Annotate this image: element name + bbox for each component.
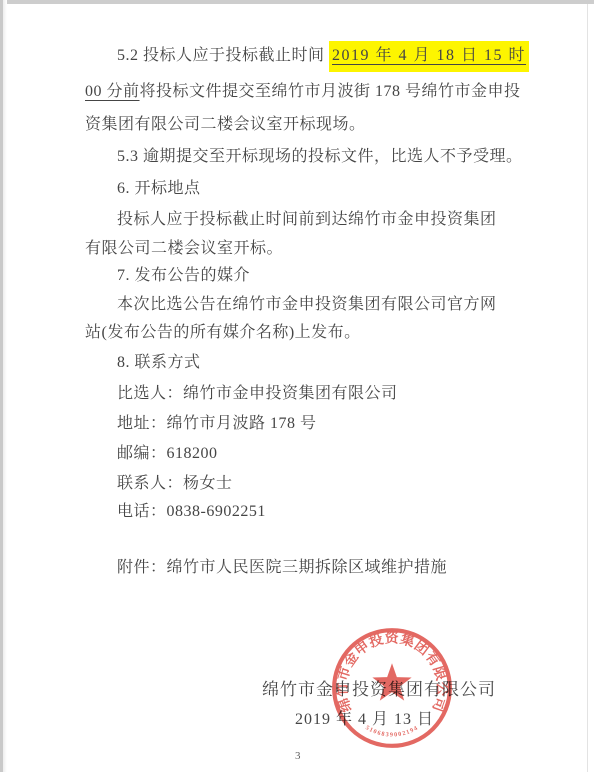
contact-phone: 电话：0838-6902251 [117, 501, 266, 523]
scan-edge-left-shadow [3, 0, 7, 772]
section-6-heading: 6. 开标地点 [117, 178, 201, 200]
attachment-line: 附件：绵竹市人民医院三期拆除区域维护措施 [117, 557, 447, 579]
seal-serial-number: 5106839002194 [364, 724, 420, 738]
seal-star-icon [372, 663, 411, 700]
contact-person: 联系人：杨女士 [117, 473, 233, 495]
scan-edge-top [0, 0, 594, 4]
contact-postcode: 邮编：618200 [117, 443, 218, 465]
page-number: 3 [295, 750, 301, 762]
scanned-document-page: 5.2 投标人应于投标截止时间 2019 年 4 月 18 日 15 时 00 … [0, 0, 594, 772]
clause-5-2-line-2: 00 分前将投标文件提交至绵竹市月波街 178 号绵竹市金申投 [85, 81, 521, 103]
scan-edge-right [587, 4, 588, 772]
clause-5-3: 5.3 逾期提交至开标现场的投标文件，比选人不予受理。 [117, 146, 523, 168]
contact-address: 地址：绵竹市月波路 178 号 [117, 413, 317, 435]
clause-5-2-text: 5.2 投标人应于投标截止时间 [117, 47, 329, 64]
clause-5-2-line-3: 资集团有限公司二楼会议室开标现场。 [85, 114, 366, 136]
section-7-line-2: 站(发布公告的所有媒介名称)上发布。 [85, 322, 361, 344]
company-seal: 绵竹市金申投资集团有限公司 5106839002194 [330, 626, 454, 750]
section-6-line-1: 投标人应于投标截止时间前到达绵竹市金申投资集团 [117, 209, 497, 231]
section-7-heading: 7. 发布公告的媒介 [117, 265, 250, 287]
section-6-line-2: 有限公司二楼会议室开标。 [85, 238, 283, 260]
clause-5-2-line-2-rest: 将投标文件提交至绵竹市月波街 178 号绵竹市金申投 [140, 83, 521, 100]
deadline-minutes-underline: 00 分前 [85, 83, 140, 100]
seal-graphic: 绵竹市金申投资集团有限公司 5106839002194 [330, 626, 454, 750]
deadline-highlight: 2019 年 4 月 18 日 15 时 [329, 41, 529, 72]
section-7-line-1: 本次比选公告在绵竹市金申投资集团有限公司官方网 [117, 294, 497, 316]
contact-selector: 比选人：绵竹市金申投资集团有限公司 [117, 383, 398, 405]
section-8-heading: 8. 联系方式 [117, 352, 201, 374]
clause-5-2-line-1: 5.2 投标人应于投标截止时间 2019 年 4 月 18 日 15 时 [117, 45, 529, 67]
